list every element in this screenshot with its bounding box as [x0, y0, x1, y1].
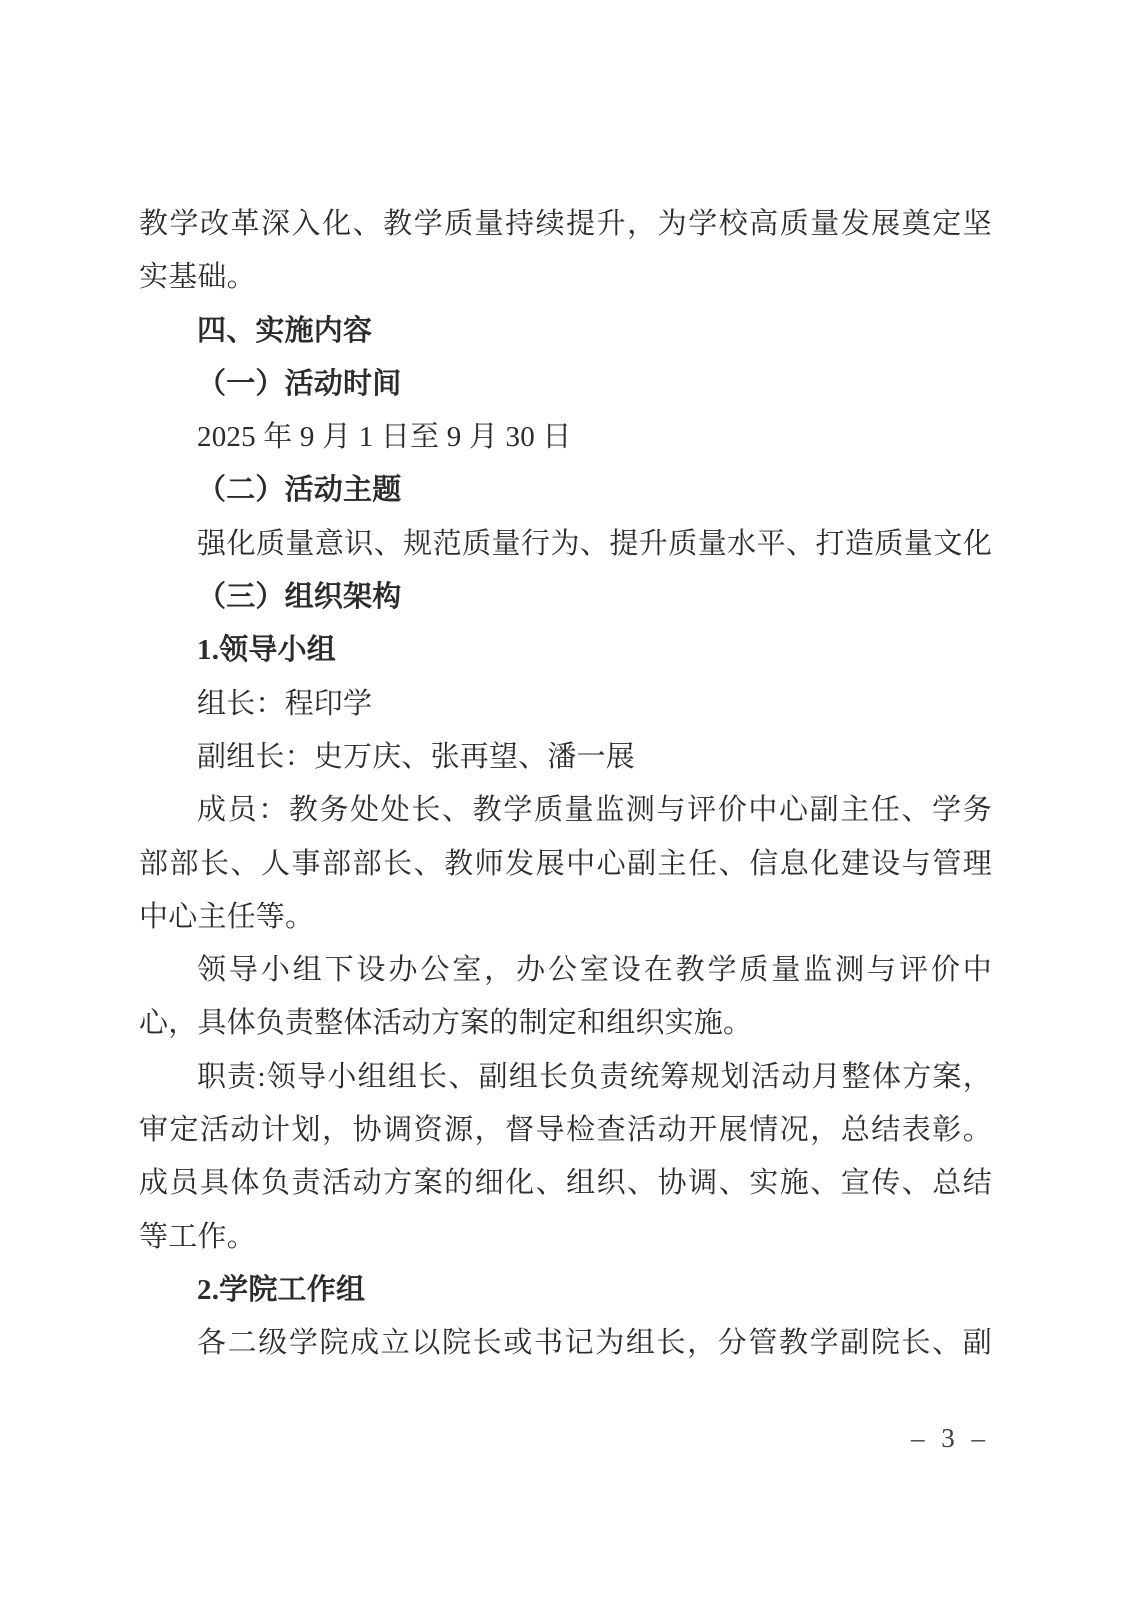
document-page: 教学改革深入化、教学质量持续提升，为学校高质量发展奠定坚 实基础。 四、实施内容… [0, 0, 1131, 1600]
heading-item-2: 2.学院工作组 [139, 1264, 992, 1317]
page-number: – 3 – [911, 1418, 990, 1458]
heading-section-4: 四、实施内容 [139, 305, 992, 358]
text-line: 教学改革深入化、教学质量持续提升，为学校高质量发展奠定坚 [139, 198, 992, 251]
text-line: 成员具体负责活动方案的细化、组织、协调、实施、宣传、总结 [139, 1157, 992, 1210]
text-line-dates: 2025 年 9 月 1 日至 9 月 30 日 [139, 411, 992, 464]
text-line: 领导小组下设办公室，办公室设在教学质量监测与评价中 [139, 944, 992, 997]
heading-sub-1: （一）活动时间 [139, 358, 992, 411]
text-line: 实基础。 [139, 251, 992, 304]
text-line: 成员：教务处处长、教学质量监测与评价中心副主任、学务 [139, 784, 992, 837]
text-line-deputies: 副组长：史万庆、张再望、潘一展 [139, 731, 992, 784]
text-line: 职责:领导小组组长、副组长负责统筹规划活动月整体方案， [139, 1051, 992, 1104]
text-line: 等工作。 [139, 1211, 992, 1264]
text-line: 审定活动计划，协调资源，督导检查活动开展情况，总结表彰。 [139, 1104, 992, 1157]
heading-item-1: 1.领导小组 [139, 624, 992, 677]
heading-sub-2: （二）活动主题 [139, 464, 992, 517]
text-line: 中心主任等。 [139, 891, 992, 944]
heading-sub-3: （三）组织架构 [139, 571, 992, 624]
text-line-leader: 组长：程印学 [139, 678, 992, 731]
document-body: 教学改革深入化、教学质量持续提升，为学校高质量发展奠定坚 实基础。 四、实施内容… [139, 198, 992, 1371]
text-line: 心，具体负责整体活动方案的制定和组织实施。 [139, 997, 992, 1050]
text-line-theme: 强化质量意识、规范质量行为、提升质量水平、打造质量文化 [139, 518, 992, 571]
text-line: 各二级学院成立以院长或书记为组长，分管教学副院长、副 [139, 1317, 992, 1370]
text-line: 部部长、人事部部长、教师发展中心副主任、信息化建设与管理 [139, 838, 992, 891]
